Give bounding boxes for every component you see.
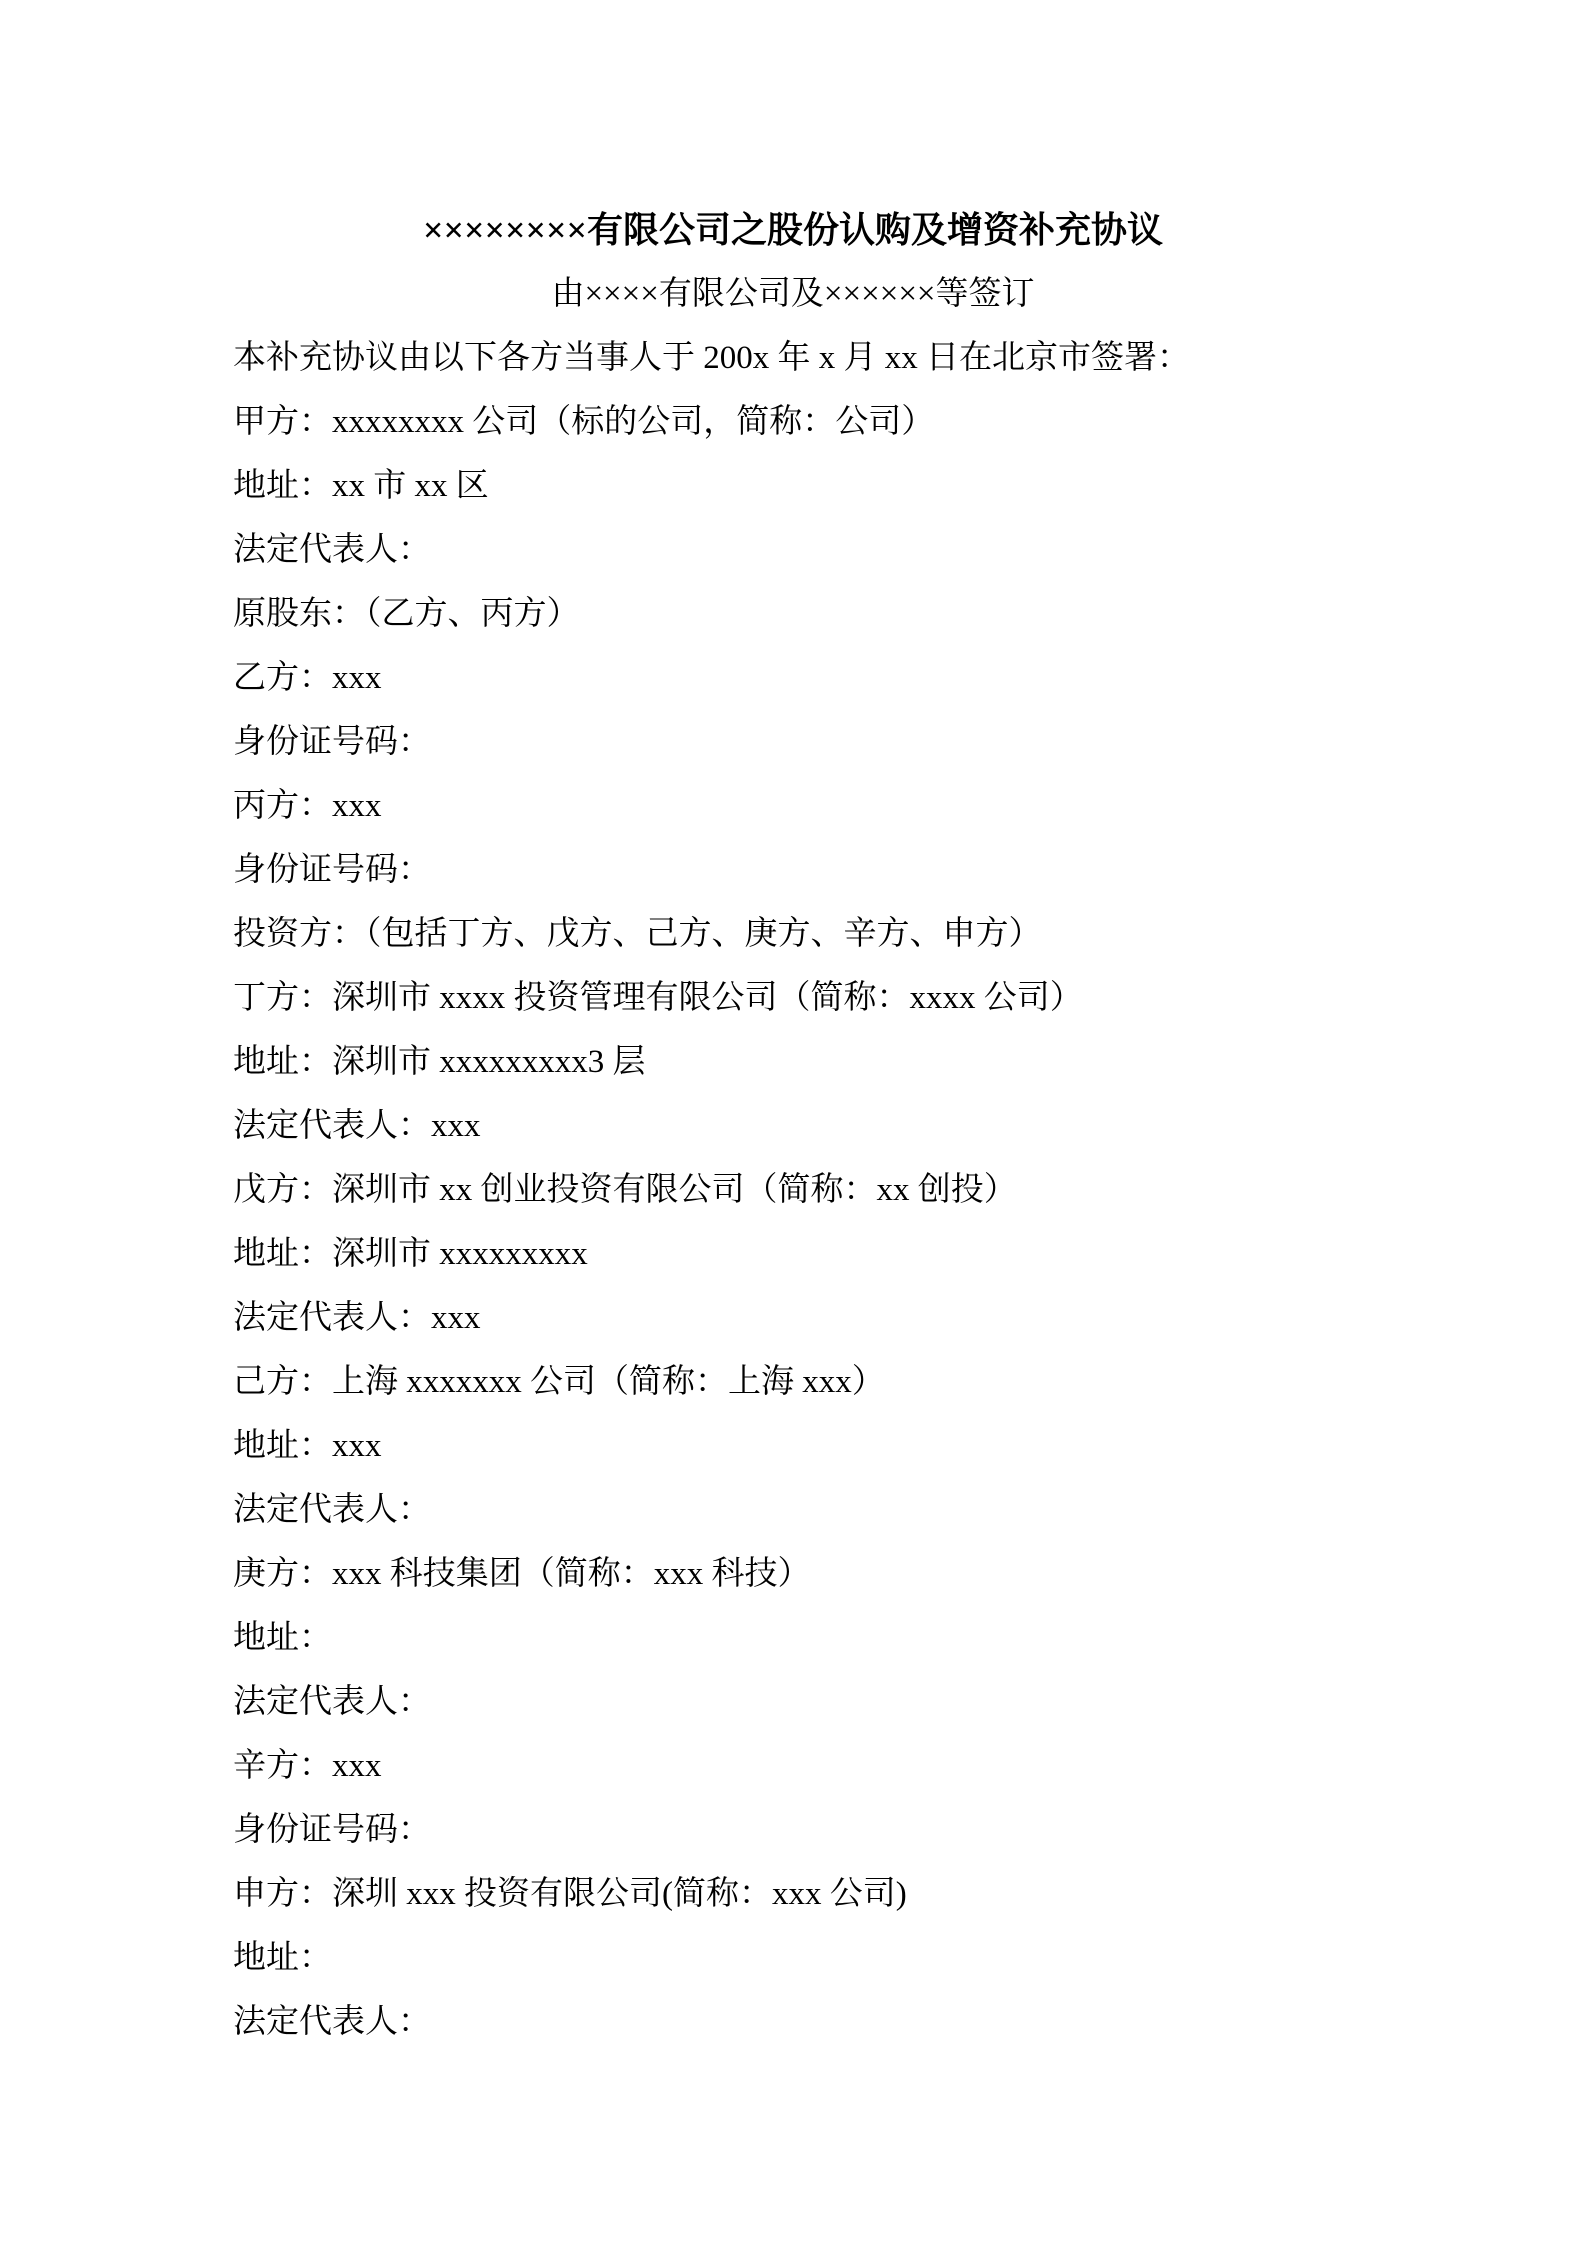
paragraph-line: 投资方：（包括丁方、戊方、己方、庚方、辛方、申方） [0,902,1586,966]
paragraph-line: 本补充协议由以下各方当事人于 200x 年 x 月 xx 日在北京市签署： [0,326,1586,390]
document-subtitle: 由××××有限公司及××××××等签订 [0,262,1586,326]
document-page: ××××××××有限公司之股份认购及增资补充协议 由××××有限公司及×××××… [0,0,1586,2244]
paragraph-line: 法定代表人： [0,1670,1586,1734]
paragraph-line: 法定代表人：xxx [0,1094,1586,1158]
paragraph-line: 戊方：深圳市 xx 创业投资有限公司（简称：xx 创投） [0,1158,1586,1222]
paragraph-line: 身份证号码： [0,1798,1586,1862]
paragraph-line: 地址： [0,1606,1586,1670]
paragraph-line: 辛方：xxx [0,1734,1586,1798]
paragraph-line: 身份证号码： [0,710,1586,774]
paragraph-line: 甲方：xxxxxxxx 公司（标的公司，简称：公司） [0,390,1586,454]
paragraph-line: 地址： [0,1926,1586,1990]
paragraph-line: 地址：xx 市 xx 区 [0,454,1586,518]
paragraph-line: 庚方：xxx 科技集团（简称：xxx 科技） [0,1542,1586,1606]
paragraph-line: 丁方：深圳市 xxxx 投资管理有限公司（简称：xxxx 公司） [0,966,1586,1030]
paragraph-line: 法定代表人： [0,1990,1586,2054]
paragraph-line: 法定代表人： [0,1478,1586,1542]
paragraph-line: 地址：xxx [0,1414,1586,1478]
paragraph-line: 乙方：xxx [0,646,1586,710]
paragraph-line: 身份证号码： [0,838,1586,902]
paragraph-line: 申方：深圳 xxx 投资有限公司(简称：xxx 公司) [0,1862,1586,1926]
document-body: 本补充协议由以下各方当事人于 200x 年 x 月 xx 日在北京市签署：甲方：… [0,326,1586,2054]
paragraph-line: 法定代表人：xxx [0,1286,1586,1350]
document-title: ××××××××有限公司之股份认购及增资补充协议 [0,198,1586,262]
paragraph-line: 法定代表人： [0,518,1586,582]
paragraph-line: 己方：上海 xxxxxxx 公司（简称：上海 xxx） [0,1350,1586,1414]
paragraph-line: 地址：深圳市 xxxxxxxxx3 层 [0,1030,1586,1094]
paragraph-line: 丙方：xxx [0,774,1586,838]
paragraph-line: 原股东：（乙方、丙方） [0,582,1586,646]
paragraph-line: 地址：深圳市 xxxxxxxxx [0,1222,1586,1286]
